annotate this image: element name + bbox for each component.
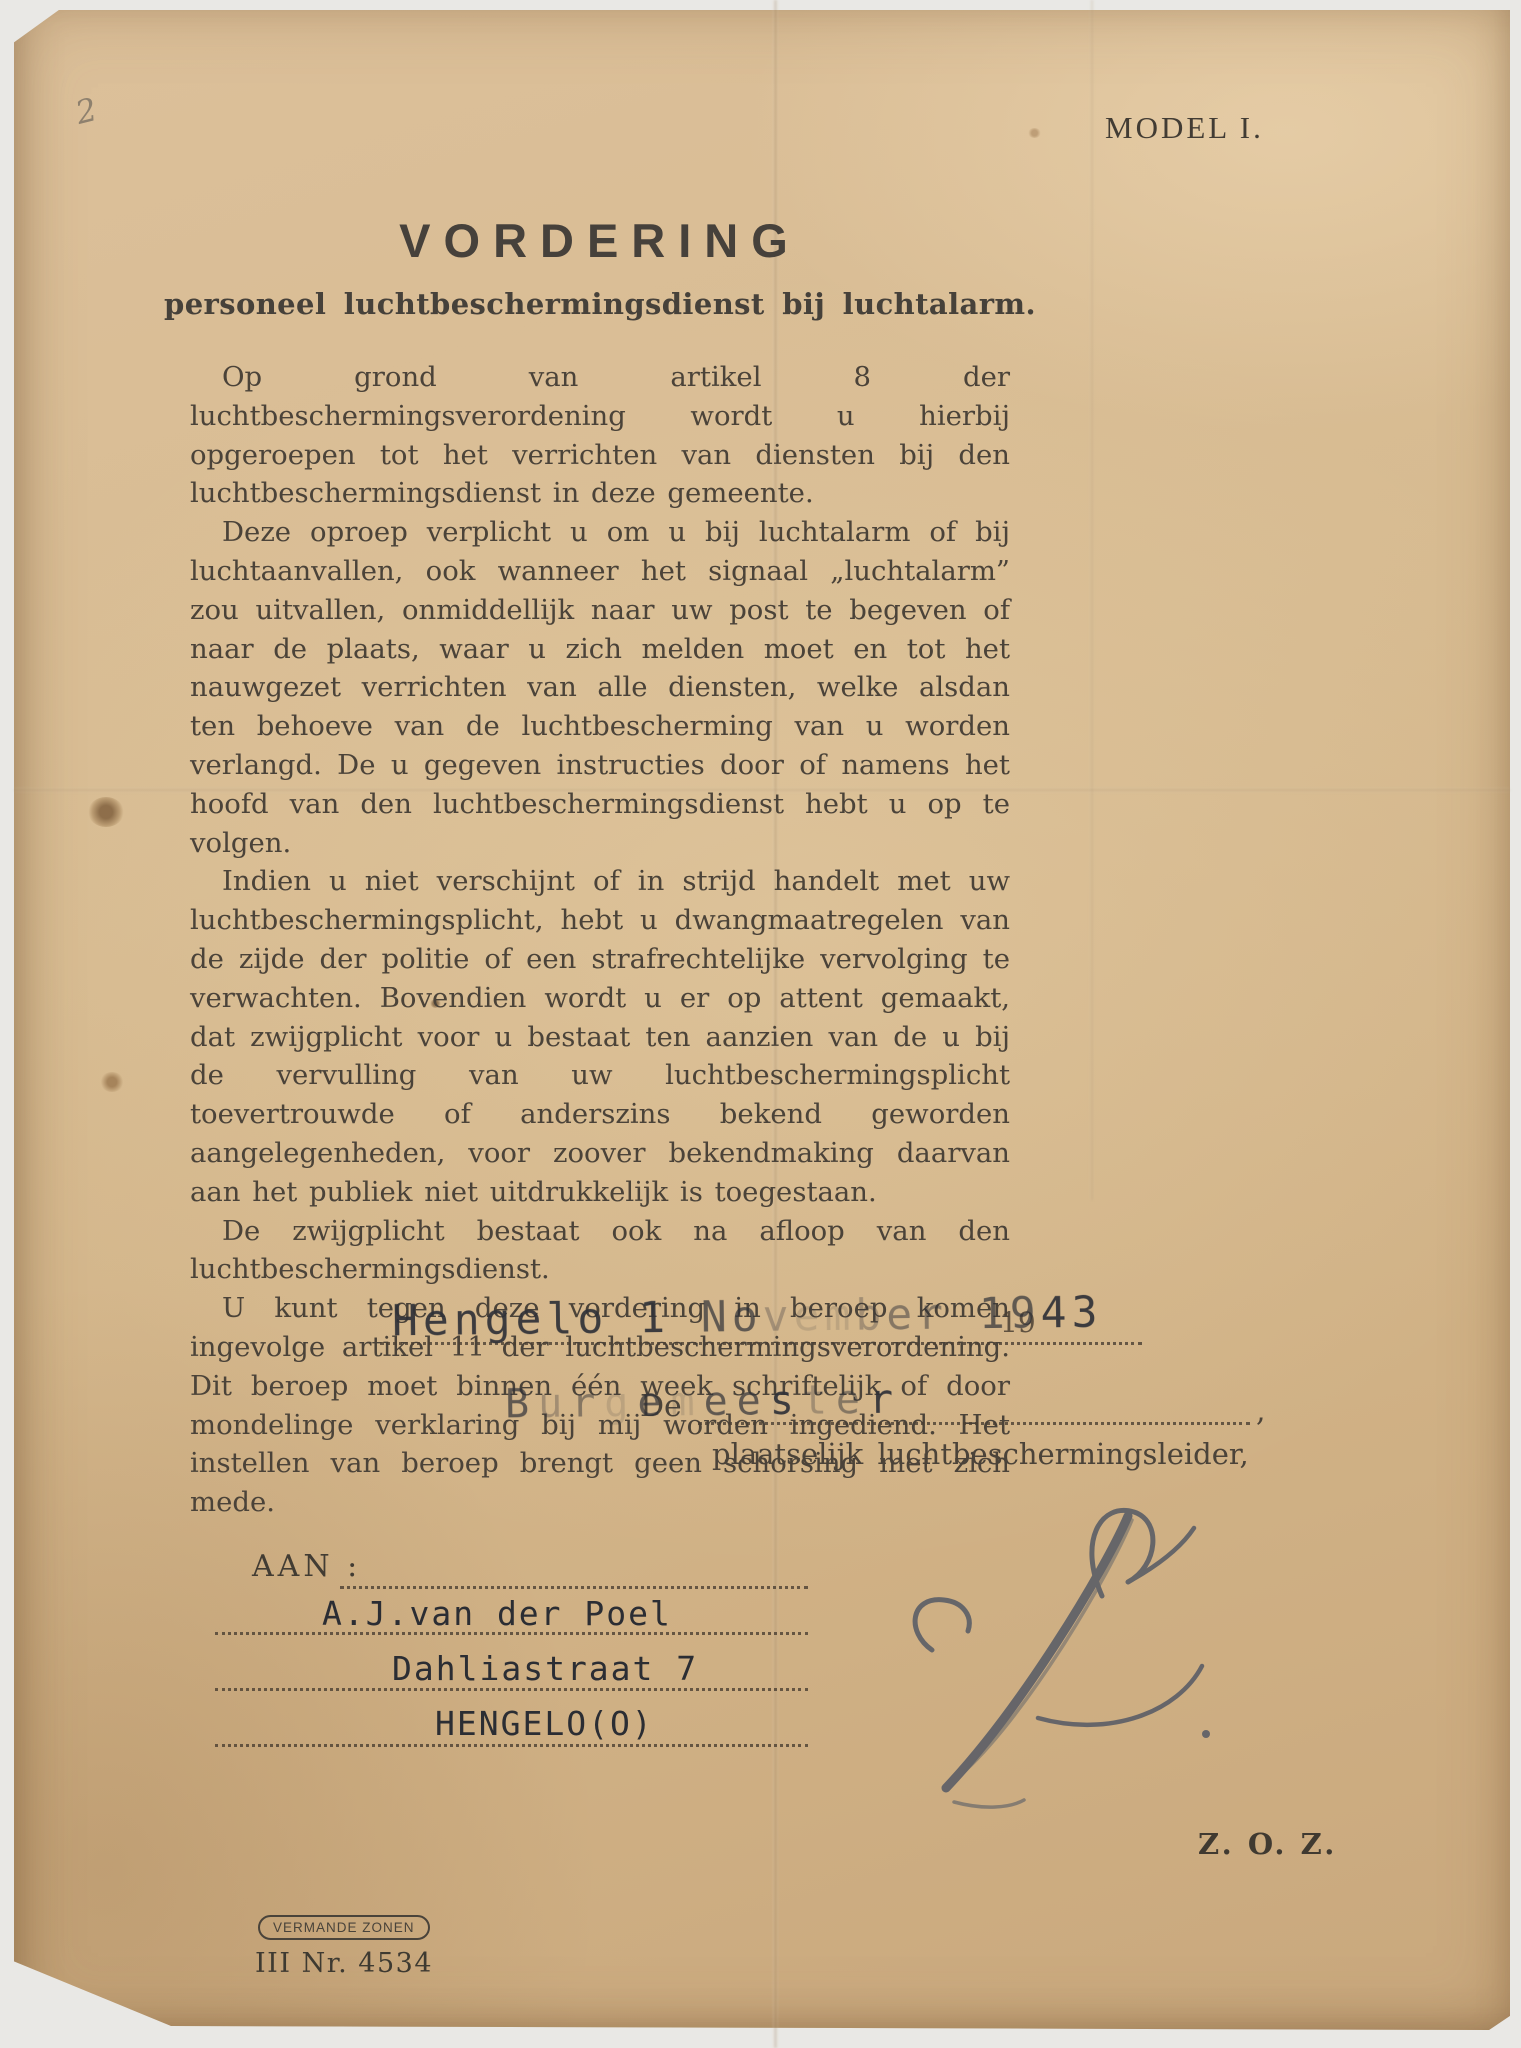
model-label: MODEL I.: [1105, 110, 1264, 146]
aan-dotted-line: [215, 1658, 808, 1691]
signatory-role: plaatselijk luchtbeschermingsleider,: [712, 1437, 1249, 1471]
aan-dotted-line: [215, 1714, 808, 1747]
stamp-segment: 19: [948, 1288, 1041, 1339]
form-number: III Nr. 4534: [255, 1948, 433, 1979]
stamp-segment: v: [762, 1291, 793, 1341]
stamp-segment: b: [855, 1290, 886, 1340]
burgemeester-stamp: Burgemeester: [505, 1377, 903, 1428]
stamp-segment: t: [803, 1377, 837, 1423]
stamp-segment: Hengelo 1: [392, 1293, 701, 1347]
stamp-segment: 43: [1040, 1288, 1102, 1339]
stamp-segment: r: [869, 1377, 903, 1423]
body-paragraph: Deze oproep verplicht u om u bij luchtal…: [190, 513, 1010, 862]
stamp-segment: e: [836, 1377, 870, 1423]
printer-logo: VERMANDE ZONEN: [258, 1915, 430, 1940]
stamp-segment: m: [670, 1379, 704, 1425]
document-subtitle: personeel luchtbeschermingsdienst bij lu…: [150, 287, 1050, 321]
aan-dotted-line: [215, 1602, 808, 1635]
body-text: Op grond van artikel 8 der luchtbescherm…: [190, 358, 1010, 1522]
stamp-segment: ee: [703, 1378, 770, 1425]
stamp-segment: g: [604, 1380, 638, 1426]
stamp-segment: em: [793, 1291, 855, 1342]
document-title: VORDERING: [190, 213, 1010, 268]
signature-autograph: [888, 1498, 1218, 1818]
stamp-segment: u: [538, 1381, 572, 1427]
date-stamp: Hengelo 1 November 1943: [392, 1288, 1103, 1347]
trailing-comma: ,: [1256, 1394, 1266, 1429]
zoz-label: Z. O. Z.: [1198, 1827, 1337, 1861]
body-paragraph: Indien u niet verschijnt of in strijd ha…: [190, 862, 1010, 1211]
body-paragraph: De zwijgplicht bestaat ook na afloop van…: [190, 1212, 1010, 1290]
stamp-segment: er: [886, 1290, 948, 1341]
stamp-segment: r: [571, 1380, 605, 1426]
body-paragraph: Op grond van artikel 8 der luchtbescherm…: [190, 358, 1010, 513]
scanned-document: 2 MODEL I. VORDERING personeel luchtbesc…: [0, 0, 1521, 2048]
stamp-segment: No: [701, 1292, 763, 1343]
aan-dotted-line: [340, 1556, 808, 1589]
stamp-segment: B: [505, 1381, 539, 1427]
stamp-segment: s: [769, 1378, 803, 1424]
stamp-segment: e: [637, 1379, 671, 1425]
